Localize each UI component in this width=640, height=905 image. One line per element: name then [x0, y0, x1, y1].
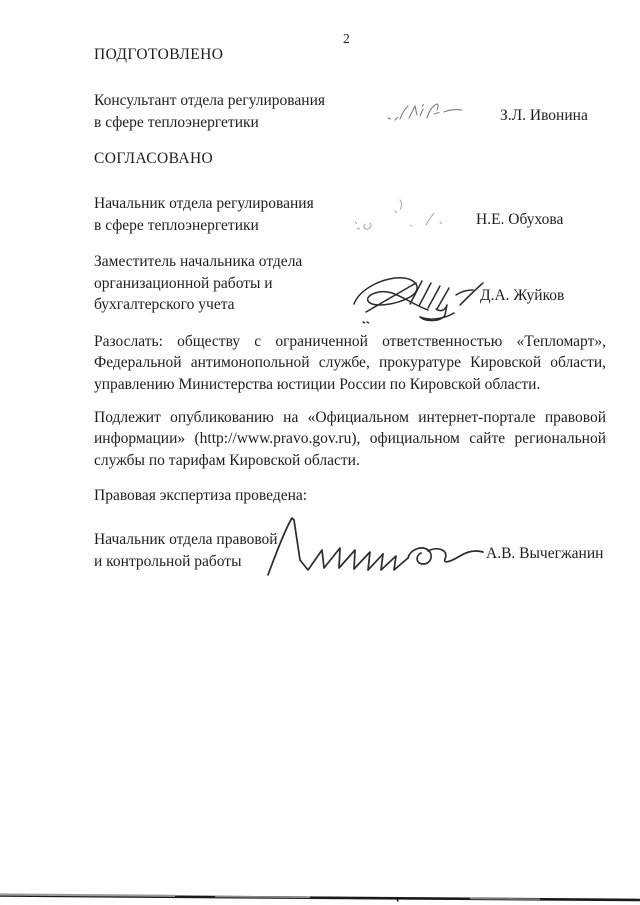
- publication-paragraph: Подлежит опубликованию на «Официальном и…: [94, 407, 606, 471]
- signatory-role: Начальник отдела регулирования в сфере т…: [94, 193, 314, 236]
- obukhova-signature-icon: [352, 196, 452, 236]
- agreed-heading: СОГЛАСОВАНО: [94, 148, 213, 170]
- ivonina-signature-icon: [386, 101, 468, 125]
- role-line: в сфере теплоэнергетики: [94, 112, 325, 134]
- signatory-name: З.Л. Ивонина: [500, 107, 588, 125]
- role-line: в сфере теплоэнергетики: [94, 215, 314, 237]
- role-line: Заместитель начальника отдела: [94, 251, 302, 273]
- signatory-role: Начальник отдела правовой и контрольной …: [94, 529, 278, 572]
- document-page: 2 ПОДГОТОВЛЕНО Консультант отдела регули…: [0, 0, 640, 905]
- distribution-paragraph: Разослать: обществу с ограниченной ответ…: [94, 331, 606, 395]
- signatory-name: Н.Е. Обухова: [476, 211, 563, 229]
- role-line: Начальник отдела правовой: [94, 529, 278, 551]
- vychegzhanin-signature-icon: [262, 513, 490, 579]
- role-line: бухгалтерского учета: [94, 294, 302, 316]
- signatory-name: А.В. Вычегжанин: [486, 545, 603, 563]
- legal-review-heading: Правовая экспертиза проведена:: [94, 485, 307, 507]
- signatory-role: Заместитель начальника отдела организаци…: [94, 251, 302, 316]
- signatory-name: Д.А. Жуйков: [480, 287, 564, 305]
- prepared-heading: ПОДГОТОВЛЕНО: [94, 44, 223, 66]
- zhuikov-signature-icon: [350, 270, 486, 324]
- role-line: Начальник отдела регулирования: [94, 193, 314, 215]
- role-line: Консультант отдела регулирования: [94, 90, 325, 112]
- page-number: 2: [343, 28, 350, 50]
- scan-artifact-line: [0, 889, 640, 905]
- role-line: и контрольной работы: [94, 551, 278, 573]
- role-line: организационной работы и: [94, 273, 302, 295]
- signatory-role: Консультант отдела регулирования в сфере…: [94, 90, 325, 133]
